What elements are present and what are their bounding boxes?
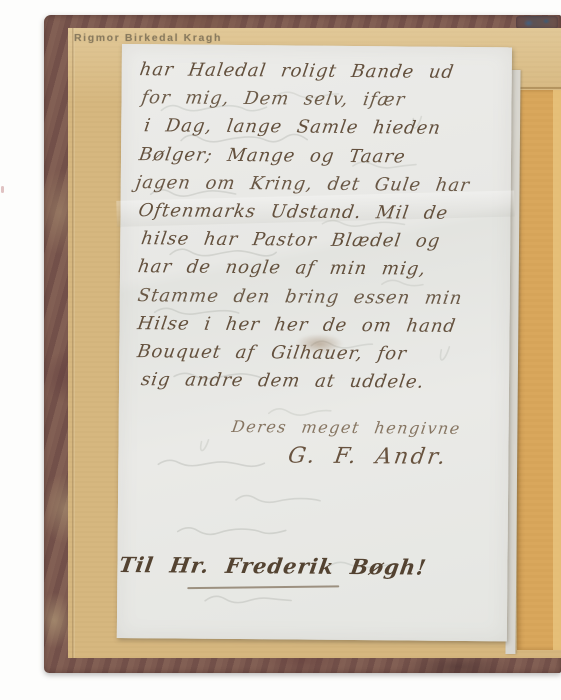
ownership-stamp: Rigmor Birkedal Kragh [74, 32, 222, 44]
photo-background: Rigmor Birkedal Kragh [0, 0, 561, 700]
handwriting-line: for mig, Dem selv, ifær [139, 84, 509, 115]
dedication-line: Til Hr. Frederik Bøgh! [117, 552, 428, 580]
signature: G. F. Andr. [286, 443, 449, 469]
edge-speck [1, 186, 4, 193]
handwriting-line: Stamme den bring essen min [136, 282, 508, 313]
letter-sheet: har Haledal roligt Bande ud for mig, Dem… [117, 44, 512, 641]
handwriting-line: har de nogle af min mig, [136, 253, 508, 284]
scribbled-out-word [262, 342, 265, 364]
endpaper-page: Rigmor Birkedal Kragh [68, 28, 561, 658]
handwriting-line: jagen om Kring, det Gule har [134, 169, 509, 200]
ink-smudge [295, 334, 343, 354]
handwriting-line: Oftenmarks Udstand. Mil de [136, 197, 508, 228]
handwriting-line: har Haledal roligt Bande ud [138, 56, 510, 87]
handwriting-line: hilse har Pastor Blædel og [139, 225, 508, 256]
book: Rigmor Birkedal Kragh [44, 15, 561, 673]
fore-edge-highlight [553, 90, 561, 650]
page-hinge-crease [72, 28, 75, 658]
dedication-underline [187, 585, 339, 589]
handwriting-line: i Dag, lange Samle hieden [142, 113, 509, 144]
closing-line: Deres meget hengivne [231, 417, 463, 438]
handwriting-line: sig andre dem at uddele. [139, 366, 507, 397]
handwriting-segment: Bouquet af [136, 341, 257, 363]
handwriting-line: Bølger; Mange og Taare [137, 141, 509, 172]
